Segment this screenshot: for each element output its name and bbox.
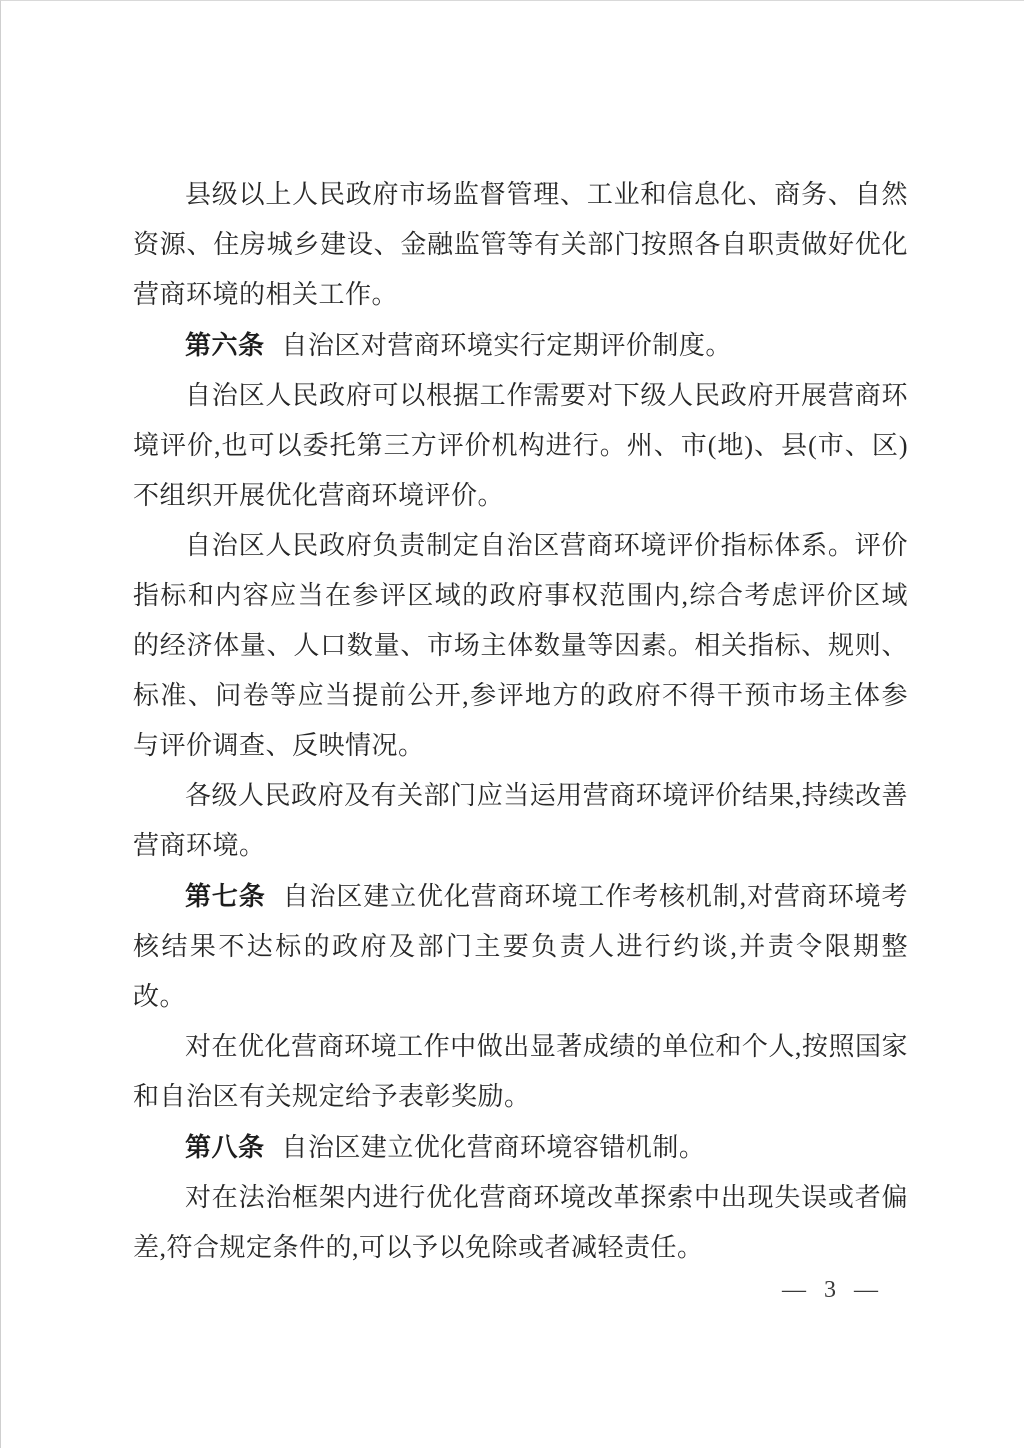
body-paragraph: 对在优化营商环境工作中做出显著成绩的单位和个人,按照国家和自治区有关规定给予表彰… bbox=[133, 1022, 908, 1122]
paragraph-text: 自治区建立优化营商环境容错机制。 bbox=[281, 1133, 705, 1162]
article-number: 第八条 bbox=[185, 1132, 265, 1162]
page-number: — 3 — bbox=[782, 1275, 880, 1305]
document-page: 县级以上人民政府市场监督管理、工业和信息化、商务、自然资源、住房城乡建设、金融监… bbox=[0, 0, 1024, 1448]
body-paragraph: 县级以上人民政府市场监督管理、工业和信息化、商务、自然资源、住房城乡建设、金融监… bbox=[133, 170, 908, 320]
body-paragraph: 自治区人民政府负责制定自治区营商环境评价指标体系。评价指标和内容应当在参评区域的… bbox=[133, 521, 908, 771]
body-paragraph: 对在法治框架内进行优化营商环境改革探索中出现失误或者偏差,符合规定条件的,可以予… bbox=[133, 1173, 908, 1273]
article-paragraph: 第八条自治区建立优化营商环境容错机制。 bbox=[133, 1122, 908, 1173]
paragraph-text: 自治区人民政府负责制定自治区营商环境评价指标体系。评价指标和内容应当在参评区域的… bbox=[133, 531, 908, 760]
paragraph-text: 自治区人民政府可以根据工作需要对下级人民政府开展营商环境评价,也可以委托第三方评… bbox=[133, 381, 908, 510]
article-number: 第六条 bbox=[185, 330, 265, 360]
document-body: 县级以上人民政府市场监督管理、工业和信息化、商务、自然资源、住房城乡建设、金融监… bbox=[133, 170, 908, 1273]
body-paragraph: 自治区人民政府可以根据工作需要对下级人民政府开展营商环境评价,也可以委托第三方评… bbox=[133, 371, 908, 521]
article-paragraph: 第六条自治区对营商环境实行定期评价制度。 bbox=[133, 320, 908, 371]
article-paragraph: 第七条自治区建立优化营商环境工作考核机制,对营商环境考核结果不达标的政府及部门主… bbox=[133, 871, 908, 1022]
paragraph-text: 自治区对营商环境实行定期评价制度。 bbox=[281, 331, 732, 360]
paragraph-text: 县级以上人民政府市场监督管理、工业和信息化、商务、自然资源、住房城乡建设、金融监… bbox=[133, 180, 908, 309]
body-paragraph: 各级人民政府及有关部门应当运用营商环境评价结果,持续改善营商环境。 bbox=[133, 771, 908, 871]
paragraph-text: 对在优化营商环境工作中做出显著成绩的单位和个人,按照国家和自治区有关规定给予表彰… bbox=[133, 1032, 908, 1111]
paragraph-text: 对在法治框架内进行优化营商环境改革探索中出现失误或者偏差,符合规定条件的,可以予… bbox=[133, 1183, 908, 1262]
article-number: 第七条 bbox=[185, 881, 266, 911]
paragraph-text: 各级人民政府及有关部门应当运用营商环境评价结果,持续改善营商环境。 bbox=[133, 781, 908, 860]
